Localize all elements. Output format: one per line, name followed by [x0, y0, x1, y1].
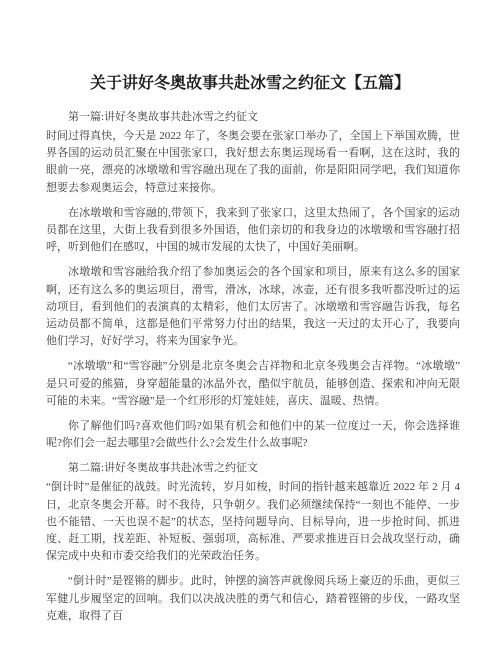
section-1-paragraph-4: “冰墩墩”和“雪容融”分别是北京冬奥会吉祥物和北京冬残奥会吉祥物。“冰墩墩”是只…: [46, 358, 460, 410]
section-1-paragraph-3: 冰墩墩和雪容融给我介绍了参加奥运会的各个国家和项目，原来有这么多的国家啊，还有这…: [46, 264, 460, 350]
section-1-heading: 第一篇:讲好冬奥故事共赴冰雪之约征文: [46, 109, 460, 126]
section-1-paragraph-5: 你了解他们吗?喜欢他们吗?如果有机会和他们中的某一位度过一天，你会选择谁呢?你们…: [46, 418, 460, 452]
document-title: 关于讲好冬奥故事共赴冰雪之约征文【五篇】: [0, 0, 500, 94]
section-2: 第二篇:讲好冬奥故事共赴冰雪之约征文 “倒计时”是催征的战鼓。时光流转，岁月如梭…: [46, 460, 460, 625]
document-page: 关于讲好冬奥故事共赴冰雪之约征文【五篇】 第一篇:讲好冬奥故事共赴冰雪之约征文 …: [0, 0, 500, 647]
section-2-heading: 第二篇:讲好冬奥故事共赴冰雪之约征文: [46, 460, 460, 477]
section-1-paragraph-2: 在冰墩墩和雪容融的,带领下，我来到了张家口，这里太热闹了，各个国家的运动员都在这…: [46, 205, 460, 257]
section-1: 第一篇:讲好冬奥故事共赴冰雪之约征文 时间过得真快，今天是 2022 年了，冬奥…: [46, 109, 460, 452]
section-2-paragraph-1: “倒计时”是催征的战鼓。时光流转，岁月如梭，时间的指针越来越靠近 2022 年 …: [46, 479, 460, 565]
document-content: 第一篇:讲好冬奥故事共赴冰雪之约征文 时间过得真快，今天是 2022 年了，冬奥…: [46, 109, 460, 625]
section-1-paragraph-1: 时间过得真快，今天是 2022 年了，冬奥会要在张家口举办了，全国上下举国欢腾，…: [46, 128, 460, 197]
section-2-paragraph-2: “倒计时”是铿锵的脚步。此时，钟摆的滴答声就像阅兵场上豪迈的乐曲，更似三军健儿步…: [46, 573, 460, 625]
